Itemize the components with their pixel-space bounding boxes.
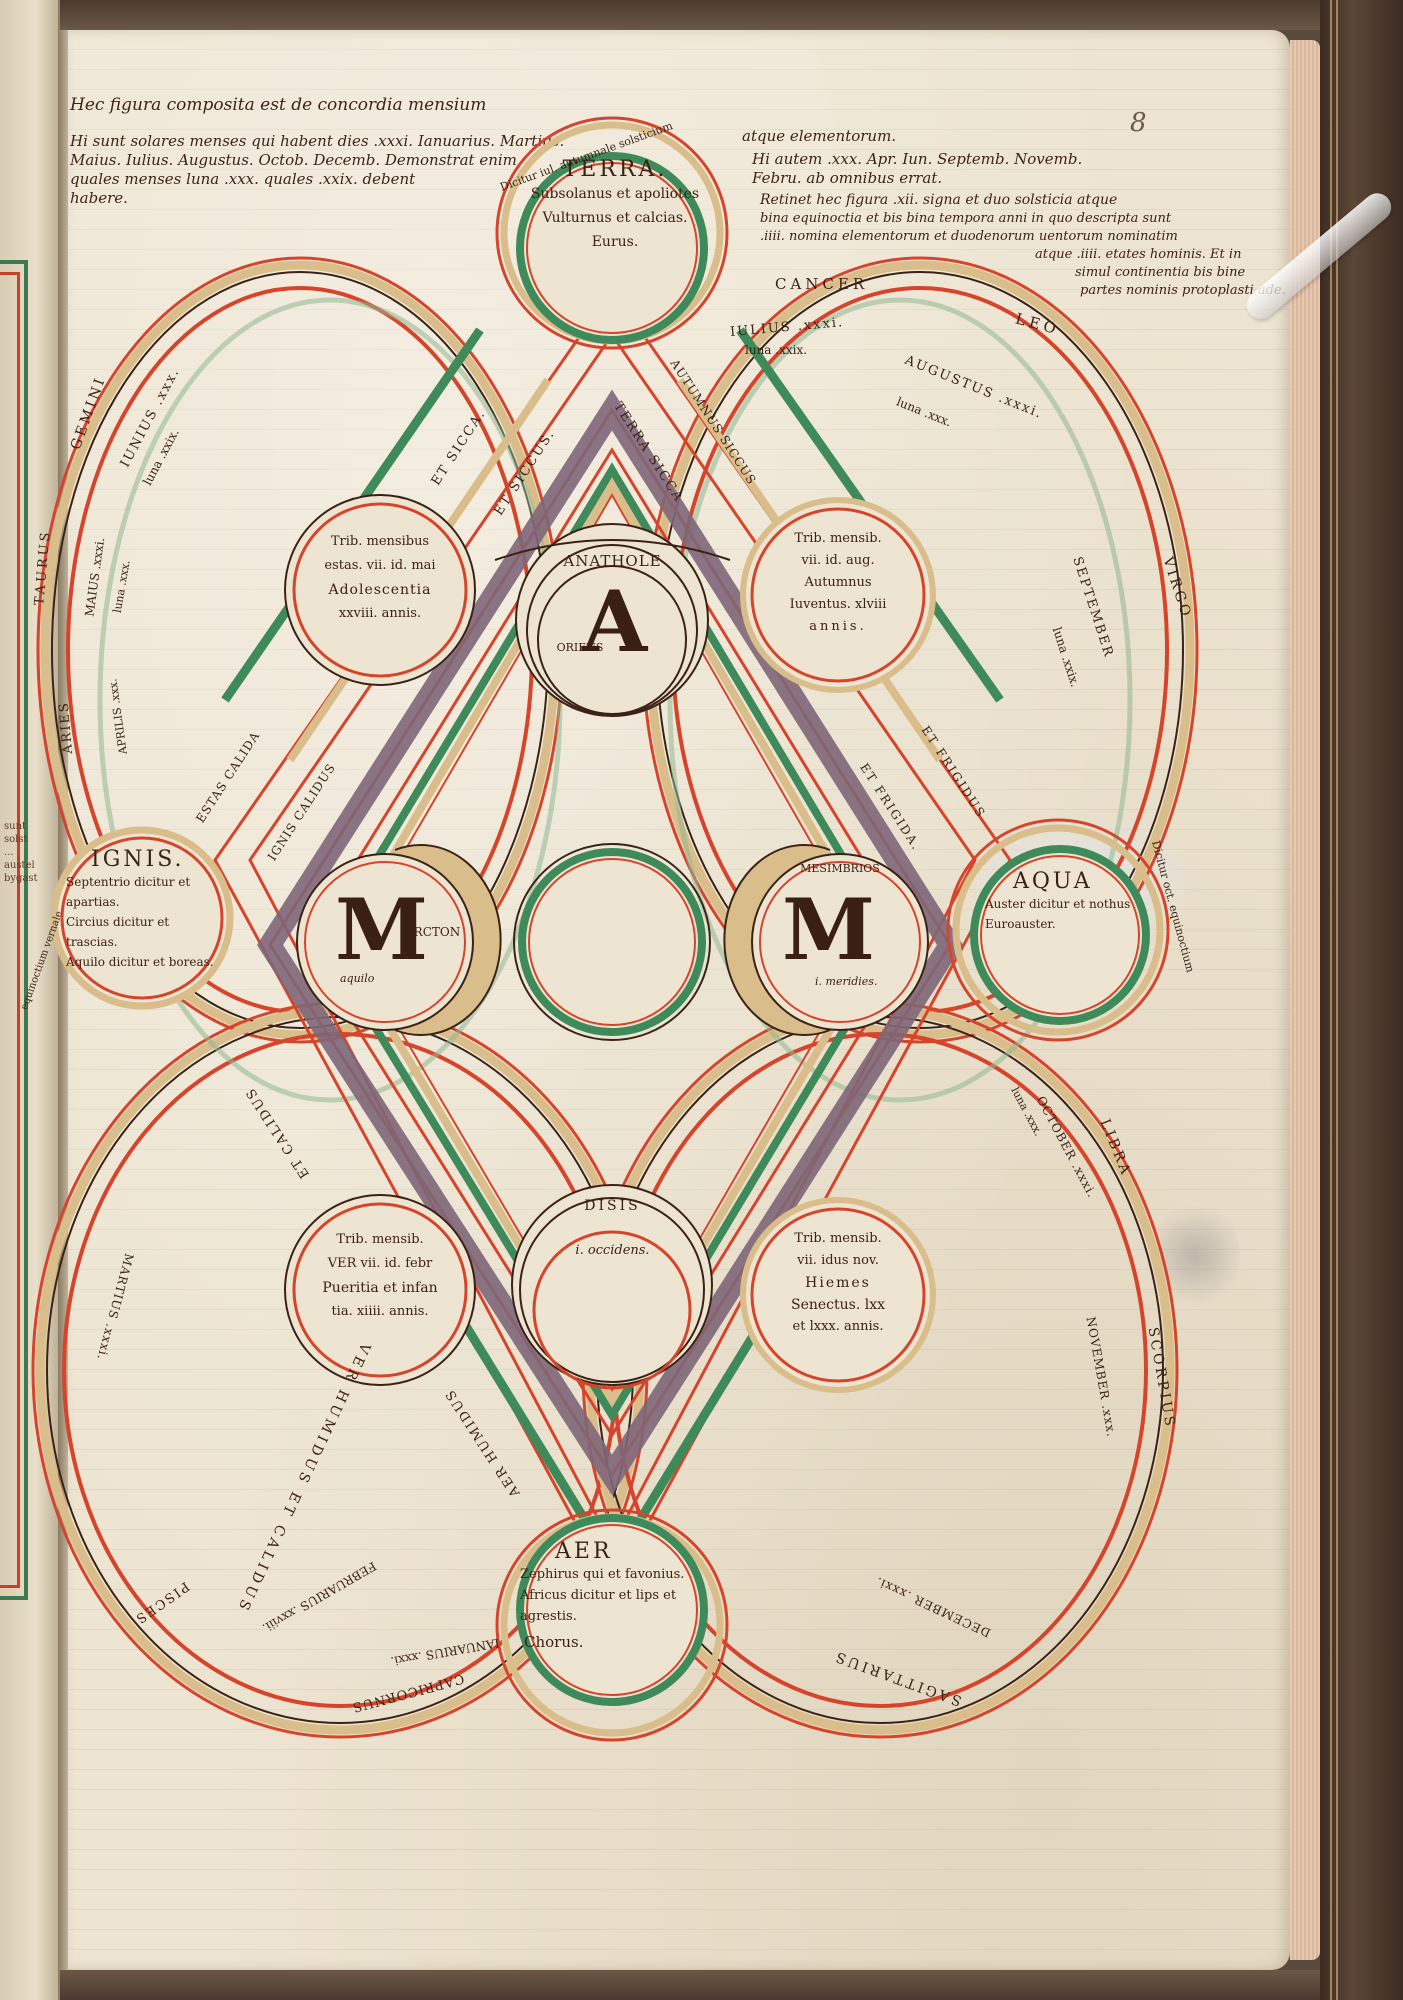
season-line: estas. vii. id. mai [300,554,460,578]
season-line: Senectus. lxx [758,1294,918,1316]
element-line: Auster dicitur et nothus [985,894,1135,914]
season-line: Trib. mensib. [758,528,918,550]
season-line: Trib. mensib. [758,1228,918,1250]
season-line: Trib. mensibus [300,530,460,554]
season-line: xxviii. annis. [300,602,460,626]
season-line: tia. xiiii. annis. [300,1300,460,1324]
center-right-letter: M [782,880,875,979]
season-line: vii. idus nov. [758,1250,918,1272]
season-estas: Trib. mensibus estas. vii. id. mai Adole… [300,530,460,626]
center-top-heading: ANATHOLE [545,552,680,570]
season-line: Hiemes [758,1272,918,1294]
element-line: Septentrio dicitur et [66,872,221,892]
season-line: Trib. mensib. [300,1228,460,1252]
element-line: apartias. [66,892,221,912]
element-aqua: AQUA Auster dicitur et nothus Euroauster… [985,870,1135,934]
season-line: et lxxx. annis. [758,1316,918,1338]
season-hiemps: Trib. mensib. vii. idus nov. Hiemes Sene… [758,1228,918,1338]
element-line: Eurus. [530,230,700,254]
element-line: Chorus. [520,1627,705,1657]
center-right-heading: MESIMBRIOS [790,862,890,875]
zodiac-luna-iulius: luna .xxix. [745,343,807,357]
element-title: AER [520,1540,705,1564]
element-line: Africus dicitur et lips et [520,1585,705,1606]
season-line: Autumnus [758,572,918,594]
center-circle-middle [514,844,710,1040]
center-top-sub: ORIENS [550,640,610,656]
season-ver: Trib. mensib. VER vii. id. febr Pueritia… [300,1228,460,1324]
season-autumnus: Trib. mensib. vii. id. aug. Autumnus Iuv… [758,528,918,638]
center-left-sub-top: ARCTON [405,925,460,939]
season-line: Iuventus. xlviii [758,594,918,616]
element-line: Vulturnus et calcias. [530,206,700,230]
center-circle-bottom [512,1185,712,1388]
season-line: VER vii. id. febr [300,1252,460,1276]
zodiac-sign-cancer: CANCER [775,275,868,293]
season-line: annis. [758,616,918,638]
season-line: Adolescentia [300,578,460,602]
season-line: Pueritia et infan [300,1276,460,1300]
element-ignis: IGNIS. Septentrio dicitur et apartias. C… [66,848,221,972]
element-line: Zephirus qui et favonius. [520,1564,705,1585]
element-line: Circius dicitur et trascias. [66,912,221,952]
center-bottom-sub: i. occidens. [555,1243,670,1258]
element-title: AQUA [985,870,1135,894]
element-line: agrestis. [520,1606,705,1627]
center-top-letter: A [582,572,647,671]
season-line: vii. id. aug. [758,550,918,572]
center-right-sub: i. meridies. [815,975,877,988]
element-line: Subsolanus et apoliotes [530,182,700,206]
element-title: IGNIS. [66,848,221,872]
element-aer: AER Zephirus qui et favonius. Africus di… [520,1540,705,1657]
center-bottom-heading: DISIS [570,1198,655,1214]
element-line: Aquilo dicitur et boreas. [66,952,221,972]
cosmological-diagram [0,0,1403,2000]
center-left-sub-bottom: aquilo [340,972,374,985]
element-line: Euroauster. [985,914,1135,934]
